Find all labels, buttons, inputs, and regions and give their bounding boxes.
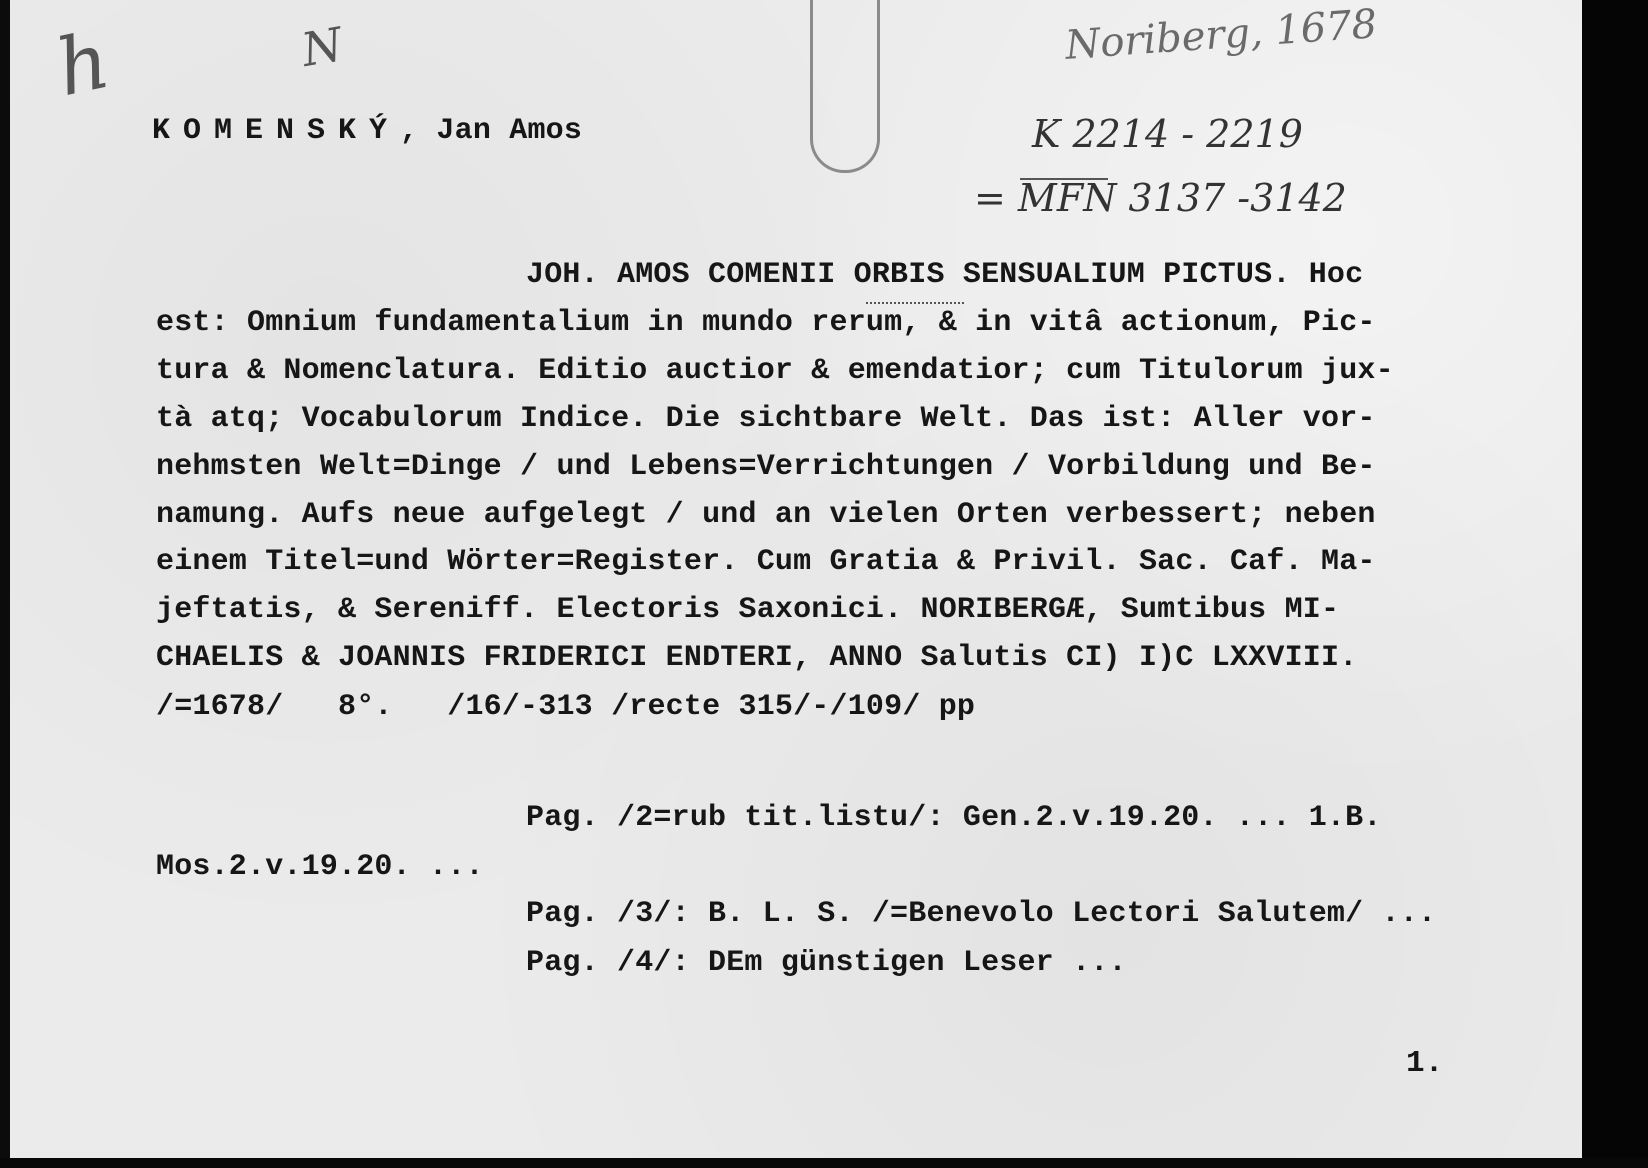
wavy-underline-mark <box>866 294 964 304</box>
scan-border-right <box>1582 0 1648 1168</box>
description-line: CHAELIS & JOANNIS FRIDERICI ENDTERI, ANN… <box>156 641 1357 675</box>
description-line: tà atq; Vocabulorum Indice. Die sichtbar… <box>156 402 1376 436</box>
page-note: Pag. /2=rub tit.listu/: Gen.2.v.19.20. .… <box>526 801 1382 835</box>
handwritten-place-date: Noriberg, 1678 <box>1064 1 1379 69</box>
catalog-card: h N Noriberg, 1678 K 2214 - 2219 = MFN 3… <box>10 0 1582 1158</box>
page-note: Mos.2.v.19.20. ... <box>156 850 484 884</box>
page-note: Pag. /3/: B. L. S. /=Benevolo Lectori Sa… <box>526 897 1436 931</box>
description-line: nehmsten Welt=Dinge / und Lebens=Verrich… <box>156 450 1376 484</box>
paperclip-mark <box>810 0 880 173</box>
description-line: tura & Nomenclatura. Editio auctior & em… <box>156 354 1394 388</box>
description-line: einem Titel=und Wörter=Register. Cum Gra… <box>156 545 1376 579</box>
description-line: JOH. AMOS COMENII ORBIS SENSUALIUM PICTU… <box>526 258 1363 292</box>
handwritten-shelfmark: K 2214 - 2219 <box>1032 112 1303 156</box>
scan-border-bottom <box>0 1158 1648 1168</box>
handwritten-microfilm-ref: = MFN 3137 -3142 <box>974 176 1347 220</box>
author-heading: KOMENSKÝ, Jan Amos <box>152 114 582 148</box>
collation-line: /=1678/ 8°. /16/-313 /recte 315/-/109/ p… <box>156 690 975 724</box>
description-line: namung. Aufs neue aufgelegt / und an vie… <box>156 498 1376 532</box>
scan-frame: h N Noriberg, 1678 K 2214 - 2219 = MFN 3… <box>0 0 1648 1168</box>
page-note: Pag. /4/: DEm günstigen Leser ... <box>526 946 1127 980</box>
handwritten-corner-mark: h <box>49 16 117 114</box>
card-number: 1. <box>1406 1046 1444 1081</box>
description-line: est: Omnium fundamentalium in mundo reru… <box>156 306 1376 340</box>
handwritten-corner-mark-2: N <box>298 17 347 77</box>
description-line: jeftatis, & Sereniff. Electoris Saxonici… <box>156 593 1339 627</box>
author-surname: KOMENSKÝ <box>152 114 400 148</box>
author-given-names: , Jan Amos <box>400 114 582 148</box>
